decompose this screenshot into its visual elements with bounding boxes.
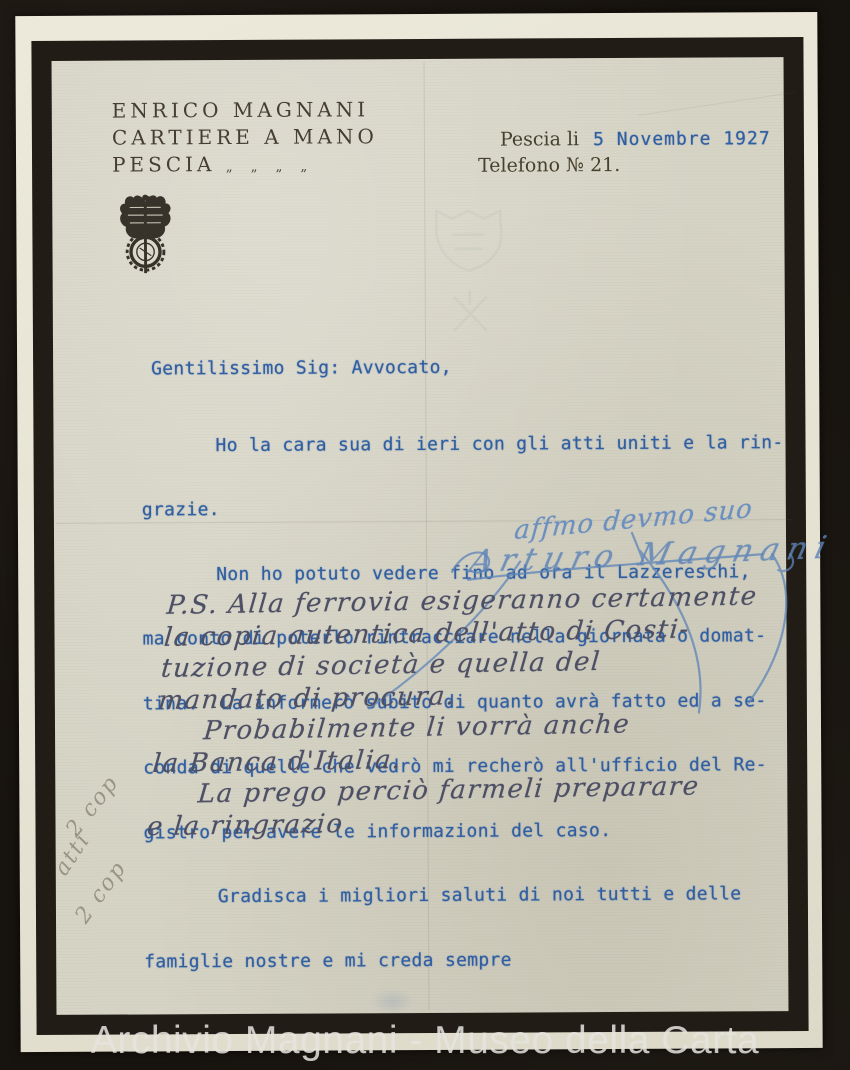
typed-line: Ho la cara sua di ieri con gli atti unit… <box>141 431 821 456</box>
scanned-letter-page: ENRICO MAGNANI CARTIERE A MANO PESCIA „ … <box>0 0 850 1070</box>
typed-date: 5 Novembre 1927 <box>593 128 771 150</box>
place-label: Pescia li <box>500 128 579 150</box>
ink-smudge <box>370 988 414 1014</box>
typed-line: famiglie nostre e mi creda sempre <box>144 947 824 972</box>
letterhead-name: ENRICO MAGNANI <box>112 96 378 124</box>
dateline-row: Pescia li5 Novembre 1927 <box>478 127 771 151</box>
letter-sheet: ENRICO MAGNANI CARTIERE A MANO PESCIA „ … <box>0 0 850 1070</box>
letterhead-business: CARTIERE A MANO <box>112 123 378 151</box>
letterhead-ornament: „ „ „ „ <box>226 160 314 175</box>
handwritten-postscript: P.S. Alla ferrovia esigeranno certamente… <box>146 580 848 843</box>
archive-watermark-overlay: Archivio Magnani - Museo della Carta <box>0 1019 850 1063</box>
eagle-crest-emblem-icon <box>116 191 174 281</box>
salutation: Gentilissimo Sig: Avvocato, <box>141 355 821 380</box>
letterhead: ENRICO MAGNANI CARTIERE A MANO PESCIA „ … <box>112 96 378 181</box>
letterhead-city: PESCIA „ „ „ „ <box>112 150 378 181</box>
dateline: Pescia li5 Novembre 1927 Telefono № 21. <box>478 127 771 177</box>
telephone-line: Telefono № 21. <box>478 153 771 177</box>
typed-line: Gradisca i migliori saluti di noi tutti … <box>144 883 824 908</box>
